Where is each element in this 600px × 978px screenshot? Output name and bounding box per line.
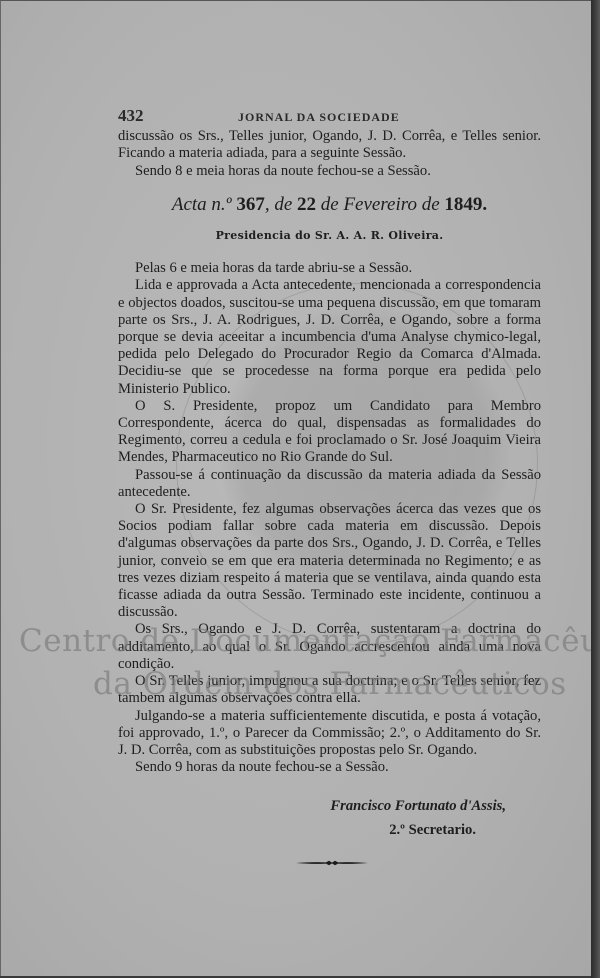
presidency-line: Presidencia do Sr. A. A. R. Oliveira. — [118, 227, 541, 244]
continued-paragraph: discussão os Srs., Telles junior, Ogando… — [118, 128, 541, 162]
minutes-paragraph: Lida e approvada a Acta antecedente, men… — [118, 277, 541, 397]
minutes-heading: Acta n.º 367, de 22 de Fevereiro de 1849… — [118, 196, 541, 213]
signature-role: 2.º Secretario. — [118, 822, 541, 839]
minutes-paragraph: O Sr. Telles junior, impugnou a sua doct… — [118, 673, 541, 707]
page-content: 432 JORNAL DA SOCIEDADE discussão os Srs… — [118, 107, 541, 839]
minutes-paragraph: Julgando-se a materia sufficientemente d… — [118, 708, 541, 760]
minutes-paragraph: O Sr. Presidente, fez algumas observaçõe… — [118, 501, 541, 621]
page-number: 432 — [118, 107, 238, 124]
minutes-number: 367 — [236, 194, 265, 215]
minutes-paragraph: Os Srs., Ogando e J. D. Corrêa, sustenta… — [118, 621, 541, 673]
minutes-month: de Fevereiro de — [316, 194, 444, 215]
scan-border-right — [591, 0, 600, 978]
scanned-page: 432 JORNAL DA SOCIEDADE discussão os Srs… — [0, 0, 592, 976]
minutes-paragraph: Pelas 6 e meia horas da tarde abriu-se a… — [118, 260, 541, 277]
fleuron-ornament-icon — [296, 860, 368, 866]
heading-mid: , de — [265, 194, 297, 215]
closing-paragraph: Sendo 8 e meia horas da noute fechou-se … — [118, 163, 541, 180]
minutes-paragraph: Sendo 9 horas da noute fechou-se a Sessã… — [118, 759, 541, 776]
page-header: 432 JORNAL DA SOCIEDADE — [118, 107, 541, 126]
minutes-year: 1849. — [444, 194, 487, 215]
minutes-paragraph: Passou-se á continuação da discussão da … — [118, 467, 541, 501]
running-title: JORNAL DA SOCIEDADE — [238, 109, 400, 126]
signature-name: Francisco Fortunato d'Assis, — [118, 798, 541, 815]
minutes-day: 22 — [297, 194, 316, 215]
heading-prefix: Acta n.º — [172, 194, 236, 215]
minutes-paragraph: O S. Presidente, propoz um Candidato par… — [118, 398, 541, 467]
